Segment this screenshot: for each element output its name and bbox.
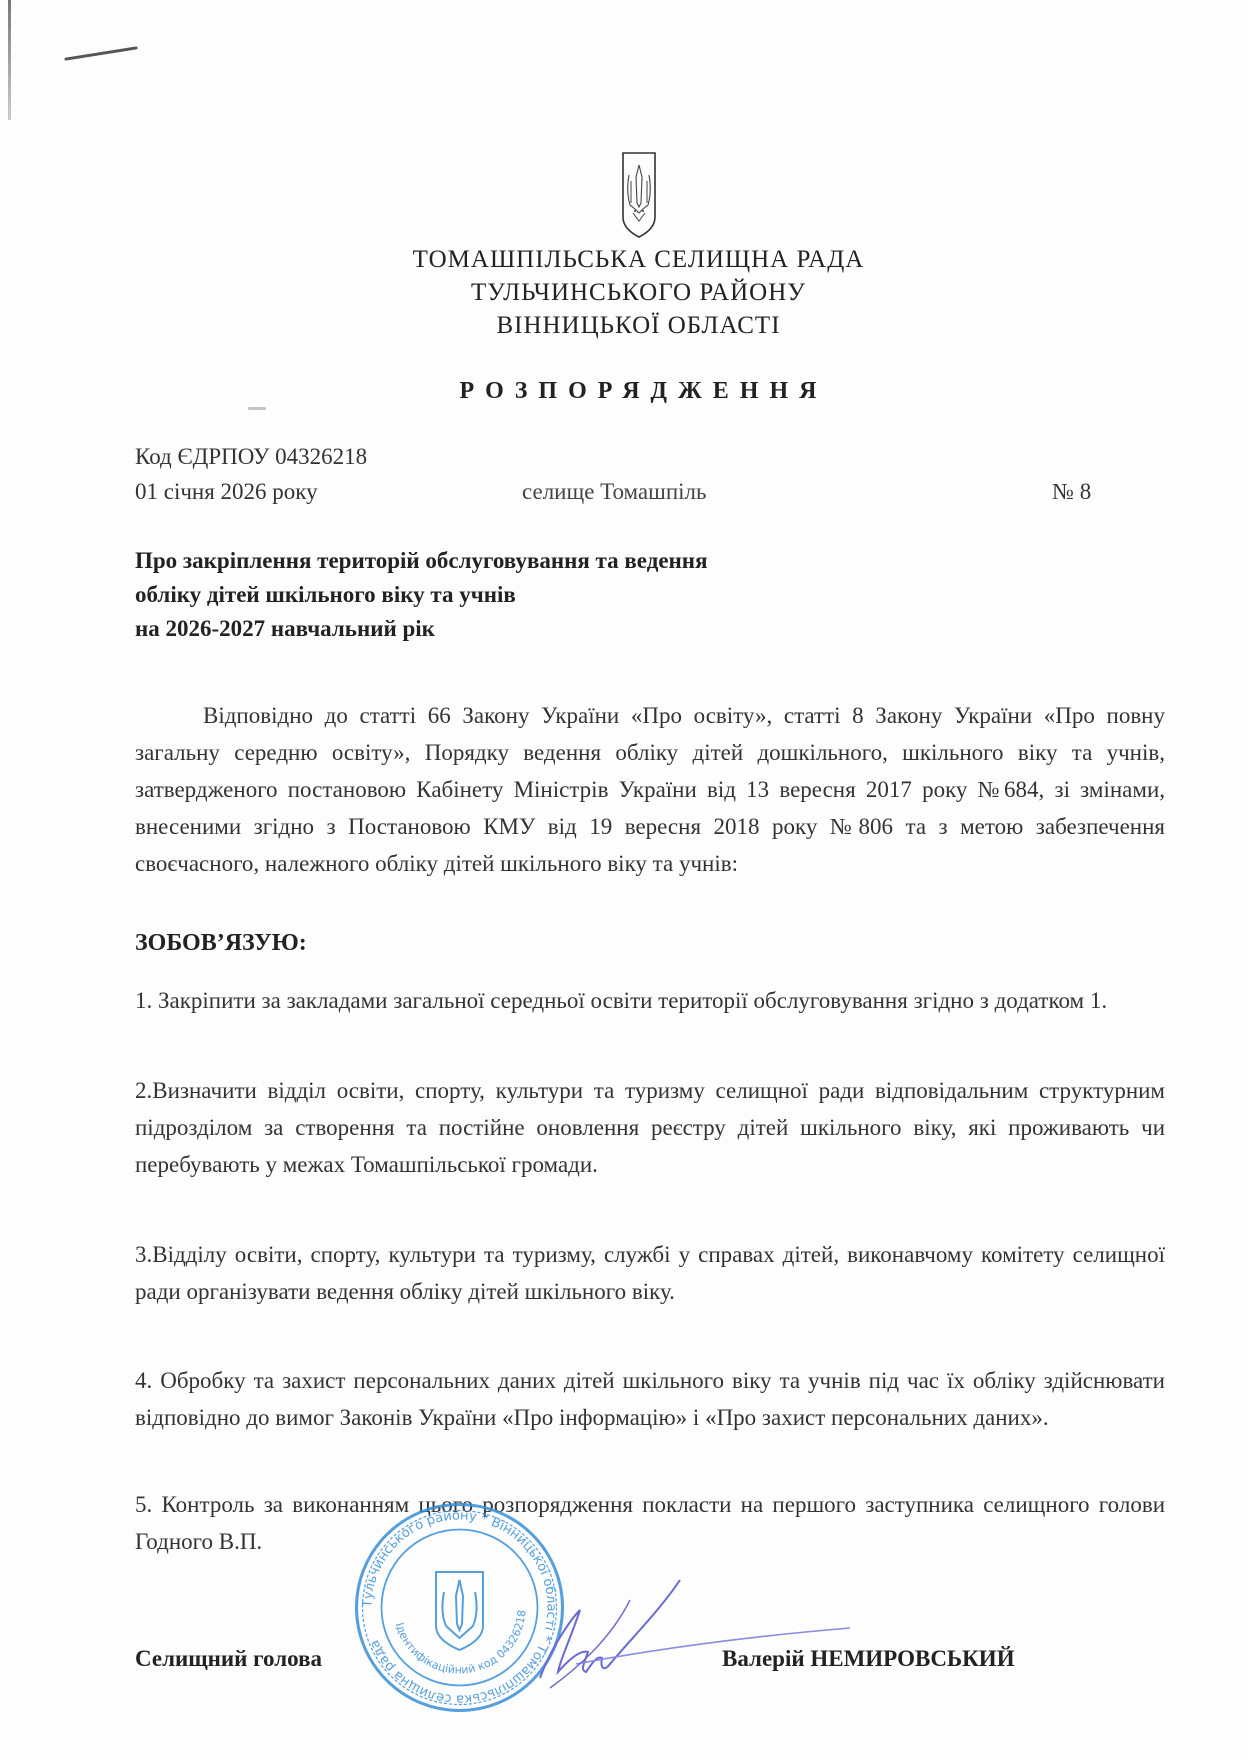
order-item-text: 3.Відділу освіти, спорту, культури та ту… [135,1236,1165,1310]
order-item-text: 2.Визначити відділ освіти, спорту, культ… [135,1072,1165,1183]
title-line-1: Про закріплення територій обслуговування… [135,544,708,578]
document-type-heading: РОЗПОРЯДЖЕННЯ [0,378,1247,405]
order-item-1: 1. Закріпити за закладами загальної сере… [135,982,1165,1019]
preamble-text: Відповідно до статті 66 Закону України «… [135,697,1165,882]
document-date: 01 січня 2026 року [135,479,318,505]
edrpou-code: Код ЄДРПОУ 04326218 [135,444,367,470]
document-place: селище Томашпіль [522,479,707,505]
document-page: ТОМАШПІЛЬСЬКА СЕЛИЩНА РАДА ТУЛЬЧИНСЬКОГО… [0,0,1247,1759]
order-item-4: 4. Обробку та захист персональних даних … [135,1362,1165,1436]
preamble-paragraph: Відповідно до статті 66 Закону України «… [135,697,1165,882]
title-line-2: обліку дітей шкільного віку та учнів [135,578,708,612]
title-line-3: на 2026-2027 навчальний рік [135,612,708,646]
document-title: Про закріплення територій обслуговування… [135,544,708,646]
header-region: ВІННИЦЬКОЇ ОБЛАСТІ [0,312,1247,340]
header-district: ТУЛЬЧИНСЬКОГО РАЙОНУ [0,279,1247,307]
scan-speck [248,407,266,410]
header-council-name: ТОМАШПІЛЬСЬКА СЕЛИЩНА РАДА [0,246,1247,274]
ukraine-coat-of-arms-icon [621,151,657,239]
oblige-heading: ЗОБОВ’ЯЗУЮ: [135,930,307,957]
document-number: № 8 [1052,479,1091,505]
order-item-5: 5. Контроль за виконанням цього розпоряд… [135,1486,1165,1560]
order-item-text: 4. Обробку та захист персональних даних … [135,1362,1165,1436]
order-item-3: 3.Відділу освіти, спорту, культури та ту… [135,1236,1165,1310]
handwritten-signature [480,1560,860,1700]
order-item-text: 5. Контроль за виконанням цього розпоряд… [135,1486,1165,1560]
order-item-2: 2.Визначити відділ освіти, спорту, культ… [135,1072,1165,1183]
signatory-role: Селищний голова [135,1646,322,1672]
order-item-text: 1. Закріпити за закладами загальної сере… [135,982,1165,1019]
scan-edge-shadow [8,0,11,120]
pen-mark [64,46,138,61]
